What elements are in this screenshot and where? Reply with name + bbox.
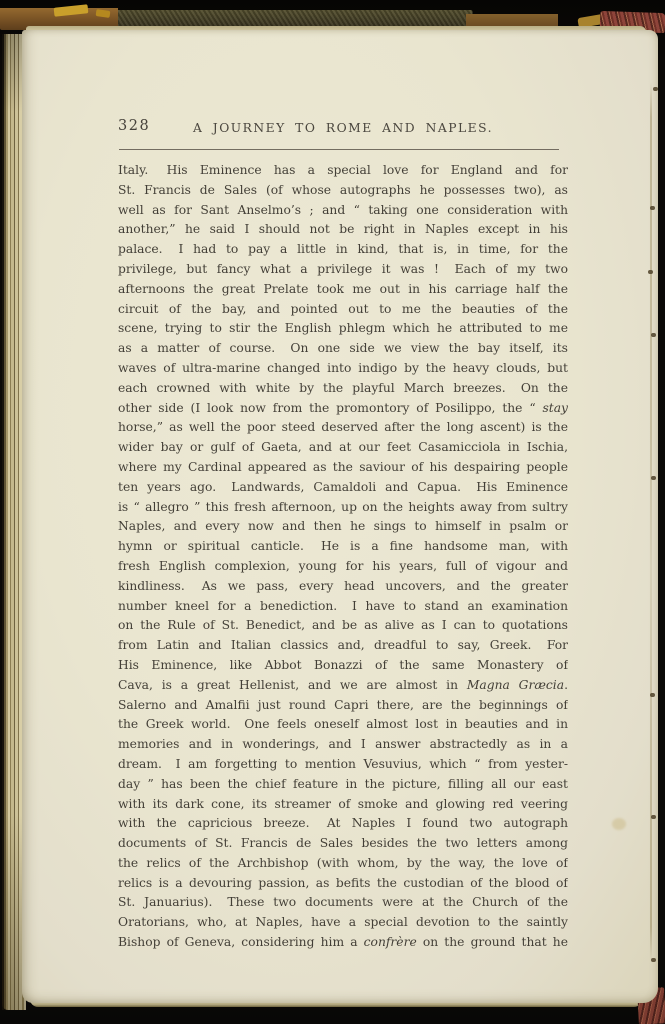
text-segment: waves of ultra-marine changed into indig… [118,361,568,375]
text-line: His Eminence, like Abbot Bonazzi of the … [118,656,568,676]
header-rule [119,149,559,150]
text-segment: afternoons the great Prelate took me out… [118,282,568,296]
text-segment: on the ground that he [417,935,568,949]
text-segment: St. Francis de Sales (of whose autograph… [118,183,568,197]
text-segment: His Eminence, like Abbot Bonazzi of the … [118,658,568,672]
book-page: 328 A JOURNEY TO ROME AND NAPLES. Italy.… [22,30,658,1003]
ink-speck [651,476,656,480]
text-line: Oratorians, who, at Naples, have a speci… [118,913,568,933]
text-segment: the relics of the Archbishop (with whom,… [118,856,568,870]
ink-speck [650,693,655,697]
text-line: privilege, but fancy what a privilege it… [118,260,568,280]
text-segment: with its dark cone, its streamer of smok… [118,797,568,811]
text-segment: with the capricious breeze. At Naples I … [118,816,568,830]
text-line: documents of St. Francis de Sales beside… [118,834,568,854]
text-segment: another,” he said I should not be right … [118,222,568,236]
text-line: day ” has been the chief feature in the … [118,775,568,795]
text-segment: well as for Sant Anselmo’s ; and “ takin… [118,203,568,217]
text-line: Salerno and Amalfii just round Capri the… [118,696,568,716]
text-segment: scene, trying to stir the English phlegm… [118,321,568,335]
text-line: memories and in wonderings, and I answer… [118,735,568,755]
text-segment: the Greek world. One feels oneself almos… [118,717,568,731]
text-line: another,” he said I should not be right … [118,220,568,240]
text-line: palace. I had to pay a little in kind, t… [118,240,568,260]
text-line: Naples, and every now and then he sings … [118,517,568,537]
text-line: relics is a devouring passion, as befits… [118,874,568,894]
text-segment: Cava, is a great Hellenist, and we are a… [118,678,467,692]
text-segment: palace. I had to pay a little in kind, t… [118,242,568,256]
text-line: the relics of the Archbishop (with whom,… [118,854,568,874]
text-line: with the capricious breeze. At Naples I … [118,814,568,834]
text-line: kindliness. As we pass, every head uncov… [118,577,568,597]
text-segment: Naples, and every now and then he sings … [118,519,568,533]
text-segment: where my Cardinal appeared as the saviou… [118,460,568,474]
text-line: hymn or spiritual canticle. He is a fine… [118,537,568,557]
text-segment: as a matter of course. On one side we vi… [118,341,568,355]
text-line: as a matter of course. On one side we vi… [118,339,568,359]
text-line: wider bay or gulf of Gaeta, and at our f… [118,438,568,458]
text-segment: wider bay or gulf of Gaeta, and at our f… [118,440,568,454]
text-line: fresh English complexion, young for his … [118,557,568,577]
ink-speck [651,815,656,819]
running-title: A JOURNEY TO ROME AND NAPLES. [118,121,568,135]
text-segment: other side (I look now from the promonto… [118,401,542,415]
text-line: scene, trying to stir the English phlegm… [118,319,568,339]
text-segment: ten years ago. Landwards, Camaldoli and … [118,480,568,494]
text-line: other side (I look now from the promonto… [118,399,568,419]
text-line: afternoons the great Prelate took me out… [118,280,568,300]
text-segment: kindliness. As we pass, every head uncov… [118,579,568,593]
text-line: number kneel for a benediction. I have t… [118,597,568,617]
text-line: Cava, is a great Hellenist, and we are a… [118,676,568,696]
text-segment: St. Januarius). These two documents were… [118,895,568,909]
text-line: the Greek world. One feels oneself almos… [118,715,568,735]
italic-text: confrère [364,935,417,949]
text-segment: Italy. His Eminence has a special love f… [118,163,568,177]
text-segment: horse,” as well the poor steed deserved … [118,420,568,434]
paper-stain [612,818,626,830]
text-line: Italy. His Eminence has a special love f… [118,161,568,181]
text-line: is “ allegro ” this fresh afternoon, up … [118,498,568,518]
text-segment: is “ allegro ” this fresh afternoon, up … [118,500,568,514]
ink-speck [651,958,656,962]
text-segment: documents of St. Francis de Sales beside… [118,836,568,850]
text-segment: on the Rule of St. Benedict, and be as a… [118,618,568,632]
italic-text: Magna Græcia [467,678,564,692]
text-line: Bishop of Geneva, considering him a conf… [118,933,568,953]
text-segment: day ” has been the chief feature in the … [118,777,568,791]
text-segment: each crowned with white by the playful M… [118,381,568,395]
text-line: dream. I am forgetting to mention Vesuvi… [118,755,568,775]
text-line: with its dark cone, its streamer of smok… [118,795,568,815]
ink-speck [650,206,655,210]
text-line: St. Francis de Sales (of whose autograph… [118,181,568,201]
text-line: waves of ultra-marine changed into indig… [118,359,568,379]
book-photo: 328 A JOURNEY TO ROME AND NAPLES. Italy.… [0,0,665,1024]
text-line: ten years ago. Landwards, Camaldoli and … [118,478,568,498]
text-line: St. Januarius). These two documents were… [118,893,568,913]
text-line: horse,” as well the poor steed deserved … [118,418,568,438]
text-segment: Salerno and Amalfii just round Capri the… [118,698,568,712]
italic-text: stay [542,401,568,415]
text-segment: relics is a devouring passion, as befits… [118,876,568,890]
text-segment: Oratorians, who, at Naples, have a speci… [118,915,568,929]
page-body-text: Italy. His Eminence has a special love f… [118,161,568,953]
text-line: well as for Sant Anselmo’s ; and “ takin… [118,201,568,221]
text-segment: . [564,678,568,692]
text-segment: fresh English complexion, young for his … [118,559,568,573]
text-segment: memories and in wonderings, and I answer… [118,737,568,751]
text-segment: from Latin and Italian classics and, dre… [118,638,568,652]
text-line: from Latin and Italian classics and, dre… [118,636,568,656]
text-segment: number kneel for a benediction. I have t… [118,599,568,613]
text-segment: privilege, but fancy what a privilege it… [118,262,568,276]
ink-speck [648,270,653,274]
text-segment: Bishop of Geneva, considering him a [118,935,364,949]
text-line: each crowned with white by the playful M… [118,379,568,399]
text-segment: hymn or spiritual canticle. He is a fine… [118,539,568,553]
page-crease [650,82,652,962]
text-line: where my Cardinal appeared as the saviou… [118,458,568,478]
ink-speck [653,87,658,91]
text-line: circuit of the bay, and pointed out to m… [118,300,568,320]
text-segment: circuit of the bay, and pointed out to m… [118,302,568,316]
text-line: on the Rule of St. Benedict, and be as a… [118,616,568,636]
text-segment: dream. I am forgetting to mention Vesuvi… [118,757,568,771]
ink-speck [651,333,656,337]
